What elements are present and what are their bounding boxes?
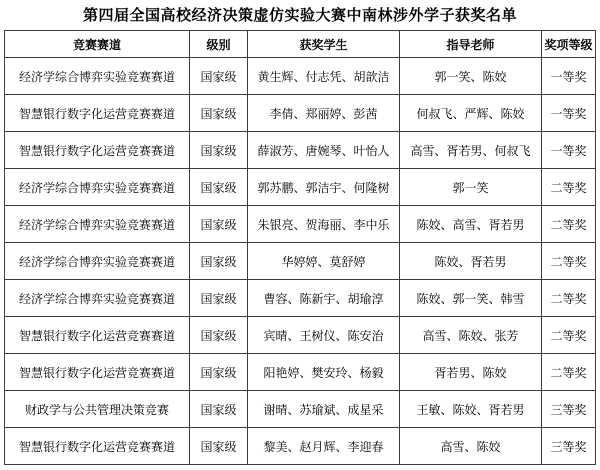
cell-students: 黄生辉、付志凭、胡歆洁 (248, 58, 400, 95)
cell-teachers: 陈姣、胥若男 (400, 243, 542, 280)
cell-award: 三等奖 (542, 391, 596, 428)
cell-track: 财政学与公共管理决策竞赛 (5, 391, 190, 428)
cell-track: 智慧银行数字化运营竞赛赛道 (5, 317, 190, 354)
cell-track: 经济学综合博弈实验竞赛赛道 (5, 280, 190, 317)
cell-students: 郭苏鹏、郭洁宇、何隆树 (248, 169, 400, 206)
cell-level: 国家级 (190, 95, 248, 132)
cell-level: 国家级 (190, 428, 248, 465)
table-row: 经济学综合博弈实验竞赛赛道 国家级 华婷婷、莫舒婷 陈姣、胥若男 二等奖 (5, 243, 596, 280)
cell-students: 曹容、陈新宇、胡瑜淳 (248, 280, 400, 317)
cell-students: 李倩、郑丽婷、彭茜 (248, 95, 400, 132)
cell-students: 薛淑芳、唐婉琴、叶怡人 (248, 132, 400, 169)
cell-track: 智慧银行数字化运营竞赛赛道 (5, 95, 190, 132)
cell-level: 国家级 (190, 354, 248, 391)
cell-teachers: 何叔飞、严辉、陈姣 (400, 95, 542, 132)
table-row: 经济学综合博弈实验竞赛赛道 国家级 黄生辉、付志凭、胡歆洁 郭一笑、陈姣 一等奖 (5, 58, 596, 95)
cell-teachers: 高雪、陈姣 (400, 428, 542, 465)
cell-award: 二等奖 (542, 280, 596, 317)
table-row: 智慧银行数字化运营竞赛赛道 国家级 薛淑芳、唐婉琴、叶怡人 高雪、胥若男、何叔飞… (5, 132, 596, 169)
table-body: 经济学综合博弈实验竞赛赛道 国家级 黄生辉、付志凭、胡歆洁 郭一笑、陈姣 一等奖… (5, 58, 596, 465)
cell-award: 三等奖 (542, 428, 596, 465)
table-row: 智慧银行数字化运营竞赛赛道 国家级 宾晴、王树仪、陈安治 高雪、陈姣、张芳 二等… (5, 317, 596, 354)
cell-award: 二等奖 (542, 243, 596, 280)
header-row: 竞赛赛道 级别 获奖学生 指导老师 奖项等级 (5, 31, 596, 58)
cell-teachers: 高雪、胥若男、何叔飞 (400, 132, 542, 169)
cell-award: 一等奖 (542, 95, 596, 132)
cell-level: 国家级 (190, 243, 248, 280)
table-header: 竞赛赛道 级别 获奖学生 指导老师 奖项等级 (5, 31, 596, 58)
cell-award: 二等奖 (542, 206, 596, 243)
cell-students: 华婷婷、莫舒婷 (248, 243, 400, 280)
cell-level: 国家级 (190, 58, 248, 95)
cell-award: 二等奖 (542, 317, 596, 354)
cell-award: 二等奖 (542, 169, 596, 206)
cell-students: 阳艳婷、樊安玲、杨毅 (248, 354, 400, 391)
cell-teachers: 高雪、陈姣、张芳 (400, 317, 542, 354)
cell-level: 国家级 (190, 391, 248, 428)
cell-teachers: 胥若男、陈姣 (400, 354, 542, 391)
header-level: 级别 (190, 31, 248, 58)
cell-track: 经济学综合博弈实验竞赛赛道 (5, 206, 190, 243)
cell-track: 经济学综合博弈实验竞赛赛道 (5, 58, 190, 95)
cell-students: 朱银亮、贺海丽、李中乐 (248, 206, 400, 243)
cell-track: 智慧银行数字化运营竞赛赛道 (5, 428, 190, 465)
table-row: 经济学综合博弈实验竞赛赛道 国家级 曹容、陈新宇、胡瑜淳 陈姣、郭一笑、韩雪 二… (5, 280, 596, 317)
cell-track: 智慧银行数字化运营竞赛赛道 (5, 354, 190, 391)
document-page: 第四届全国高校经济决策虚仿实验大赛中南林涉外学子获奖名单 竞赛赛道 级别 获奖学… (0, 0, 600, 470)
cell-teachers: 陈姣、高雪、胥若男 (400, 206, 542, 243)
cell-track: 经济学综合博弈实验竞赛赛道 (5, 169, 190, 206)
cell-students: 宾晴、王树仪、陈安治 (248, 317, 400, 354)
cell-track: 智慧银行数字化运营竞赛赛道 (5, 132, 190, 169)
header-teacher: 指导老师 (400, 31, 542, 58)
cell-award: 一等奖 (542, 58, 596, 95)
cell-level: 国家级 (190, 206, 248, 243)
cell-level: 国家级 (190, 280, 248, 317)
header-award: 奖项等级 (542, 31, 596, 58)
cell-level: 国家级 (190, 132, 248, 169)
cell-students: 黎美、赵月辉、李迎春 (248, 428, 400, 465)
table-row: 智慧银行数字化运营竞赛赛道 国家级 阳艳婷、樊安玲、杨毅 胥若男、陈姣 二等奖 (5, 354, 596, 391)
header-student: 获奖学生 (248, 31, 400, 58)
cell-teachers: 王敏、陈姣、胥若男 (400, 391, 542, 428)
cell-teachers: 郭一笑、陈姣 (400, 58, 542, 95)
table-row: 经济学综合博弈实验竞赛赛道 国家级 朱银亮、贺海丽、李中乐 陈姣、高雪、胥若男 … (5, 206, 596, 243)
table-row: 经济学综合博弈实验竞赛赛道 国家级 郭苏鹏、郭洁宇、何隆树 郭一笑 二等奖 (5, 169, 596, 206)
cell-teachers: 陈姣、郭一笑、韩雪 (400, 280, 542, 317)
cell-level: 国家级 (190, 169, 248, 206)
table-row: 智慧银行数字化运营竞赛赛道 国家级 李倩、郑丽婷、彭茜 何叔飞、严辉、陈姣 一等… (5, 95, 596, 132)
table-row: 财政学与公共管理决策竞赛 国家级 谢晴、苏瑜斌、成星采 王敏、陈姣、胥若男 三等… (5, 391, 596, 428)
cell-track: 经济学综合博弈实验竞赛赛道 (5, 243, 190, 280)
award-table: 竞赛赛道 级别 获奖学生 指导老师 奖项等级 经济学综合博弈实验竞赛赛道 国家级… (4, 30, 596, 465)
table-row: 智慧银行数字化运营竞赛赛道 国家级 黎美、赵月辉、李迎春 高雪、陈姣 三等奖 (5, 428, 596, 465)
page-title: 第四届全国高校经济决策虚仿实验大赛中南林涉外学子获奖名单 (0, 5, 600, 25)
cell-level: 国家级 (190, 317, 248, 354)
cell-award: 一等奖 (542, 132, 596, 169)
cell-teachers: 郭一笑 (400, 169, 542, 206)
header-track: 竞赛赛道 (5, 31, 190, 58)
cell-students: 谢晴、苏瑜斌、成星采 (248, 391, 400, 428)
cell-award: 二等奖 (542, 354, 596, 391)
